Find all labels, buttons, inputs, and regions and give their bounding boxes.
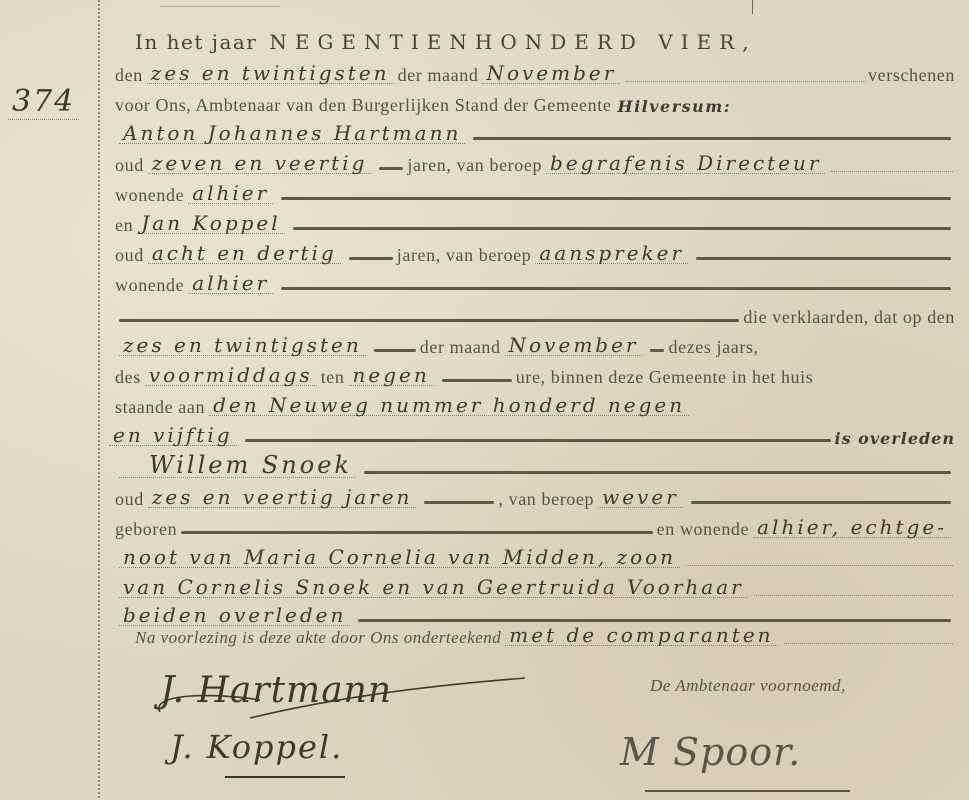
heading-year: NEGENTIENHONDERD VIER, xyxy=(269,30,756,54)
fill-rule xyxy=(442,379,512,382)
heading-prefix: In het jaar xyxy=(135,30,257,54)
fill-dots xyxy=(831,170,953,172)
handwritten-age-1: zeven en veertig xyxy=(148,153,372,174)
label-en: en xyxy=(115,215,133,236)
label-geboren: geboren xyxy=(115,519,177,540)
officer-label: De Ambtenaar voornoemd, xyxy=(650,676,846,696)
handwritten-occupation-1: begrafenis Directeur xyxy=(546,153,825,174)
fill-rule xyxy=(364,471,951,474)
label-verklaarden: die verklaarden, dat op den xyxy=(743,307,955,328)
handwritten-age-2: acht en dertig xyxy=(148,243,341,264)
line-declarant-2-name: en Jan Koppel xyxy=(115,210,955,236)
fill-rule xyxy=(119,319,739,322)
line-declarant-1-name: Anton Johannes Hartmann xyxy=(115,120,955,146)
handwritten-deceased-name: Willem Snoek xyxy=(119,453,356,478)
closing-handwritten: met de comparanten xyxy=(505,625,777,646)
fill-rule xyxy=(650,349,664,352)
line-birth-residence: geboren en wonende alhier, echtge- xyxy=(115,514,955,540)
closing-printed: Na voorlezing is deze akte door Ons onde… xyxy=(135,628,501,648)
fill-rule xyxy=(181,531,652,534)
fill-dots xyxy=(754,594,953,596)
label-wonende: wonende xyxy=(115,275,184,296)
signature-declarant-1: J. Hartmann xyxy=(160,670,392,711)
line-house: staande aan den Neuweg nummer honderd ne… xyxy=(115,392,955,418)
fill-dots xyxy=(784,642,953,644)
fill-rule xyxy=(245,439,831,442)
signature-underline xyxy=(645,790,850,792)
closing-line: Na voorlezing is deze akte door Ons onde… xyxy=(135,622,955,648)
fill-dots xyxy=(686,564,953,566)
line-deceased-label: en vijftig is overleden xyxy=(105,422,955,448)
handwritten-deceased-residence: alhier, echtge- xyxy=(753,517,951,538)
handwritten-address: den Neuweg nummer honderd negen xyxy=(209,395,689,416)
line-before-us: voor Ons, Ambtenaar van den Burgerlijken… xyxy=(115,90,955,116)
line-declarant-1-age: oud zeven en veertig jaren, van beroep b… xyxy=(115,150,955,176)
fill-rule xyxy=(691,501,951,504)
fill-rule xyxy=(281,197,951,200)
label-verschenen: verschenen xyxy=(868,65,955,86)
label-der-maand: der maand xyxy=(398,65,479,86)
handwritten-residence-2: alhier xyxy=(188,273,273,294)
label-oud: oud xyxy=(115,489,144,510)
line-date: den zes en twintigsten der maand Novembe… xyxy=(115,60,955,86)
line-parents: van Cornelis Snoek en van Geertruida Voo… xyxy=(115,574,955,600)
previous-record-trace xyxy=(160,0,280,7)
fill-rule xyxy=(379,167,403,170)
line-deceased-name: Willem Snoek xyxy=(115,454,955,480)
record-number: 374 xyxy=(8,84,79,120)
label-wonende: wonende xyxy=(115,185,184,206)
handwritten-deceased-occupation: wever xyxy=(598,487,683,508)
handwritten-hour: negen xyxy=(349,365,434,386)
label-ure-binnen: ure, binnen deze Gemeente in het huis xyxy=(516,367,814,388)
line-declarant-1-residence: wonende alhier xyxy=(115,180,955,206)
line-death-date: zes en twintigsten der maand November de… xyxy=(115,332,955,358)
label-oud: oud xyxy=(115,155,144,176)
line-spouse: noot van Maria Cornelia van Midden, zoon xyxy=(115,544,955,570)
handwritten-declarant-1: Anton Johannes Hartmann xyxy=(119,123,465,144)
label-is-overleden: is overleden xyxy=(835,429,956,448)
signature-officer: M Spoor. xyxy=(620,730,801,774)
label-van-beroep: , van beroep xyxy=(498,489,594,510)
label-ten: ten xyxy=(321,367,345,388)
label-jaren-beroep: jaren, van beroep xyxy=(407,155,542,176)
fill-rule xyxy=(349,257,393,260)
label-oud: oud xyxy=(115,245,144,266)
label-der-maand: der maand xyxy=(420,337,501,358)
handwritten-death-month: November xyxy=(505,335,643,356)
handwritten-month: November xyxy=(482,63,620,84)
handwritten-day: zes en twintigsten xyxy=(147,63,394,84)
handwritten-occupation-2: aanspreker xyxy=(535,243,688,264)
top-mark xyxy=(752,0,753,14)
fill-rule xyxy=(374,349,416,352)
handwritten-residence-1: alhier xyxy=(188,183,273,204)
label-staande-aan: staande aan xyxy=(115,397,205,418)
fill-rule xyxy=(424,501,494,504)
heading-line: In het jaar NEGENTIENHONDERD VIER, xyxy=(135,28,955,54)
handwritten-parents: van Cornelis Snoek en van Geertruida Voo… xyxy=(119,577,748,598)
signature-declarant-2: J. Koppel. xyxy=(170,728,343,766)
line-declarant-2-age: oud acht en dertig jaren, van beroep aan… xyxy=(115,240,955,266)
label-den: den xyxy=(115,65,143,86)
municipality-name: Hilversum: xyxy=(617,97,731,116)
line-declared: die verklaarden, dat op den xyxy=(115,302,955,328)
perforation-edge xyxy=(98,0,100,800)
handwritten-spouse: noot van Maria Cornelia van Midden, zoon xyxy=(119,547,680,568)
signature-underline xyxy=(225,776,345,778)
label-des: des xyxy=(115,367,141,388)
line-declarant-2-residence: wonende alhier xyxy=(115,270,955,296)
fill-rule xyxy=(696,257,951,260)
handwritten-death-day: zes en twintigsten xyxy=(119,335,366,356)
label-en-wonende: en wonende xyxy=(657,519,749,540)
line-death-time: des voormiddags ten negen ure, binnen de… xyxy=(115,362,955,388)
handwritten-address-cont: en vijftig xyxy=(109,425,237,446)
label-jaren-beroep: jaren, van beroep xyxy=(397,245,532,266)
handwritten-deceased-age: zes en veertig jaren xyxy=(148,487,417,508)
fill-dots xyxy=(626,80,866,82)
handwritten-declarant-2: Jan Koppel xyxy=(137,213,284,234)
fill-rule xyxy=(281,287,951,290)
left-margin: 374 xyxy=(0,0,98,800)
fill-rule xyxy=(293,227,951,230)
fill-rule xyxy=(473,137,951,140)
handwritten-time-of-day: voormiddags xyxy=(145,365,317,386)
line-deceased-age: oud zes en veertig jaren , van beroep we… xyxy=(115,484,955,510)
label-voor-ons: voor Ons, Ambtenaar van den Burgerlijken… xyxy=(115,95,611,116)
label-dezes-jaars: dezes jaars, xyxy=(668,337,758,358)
